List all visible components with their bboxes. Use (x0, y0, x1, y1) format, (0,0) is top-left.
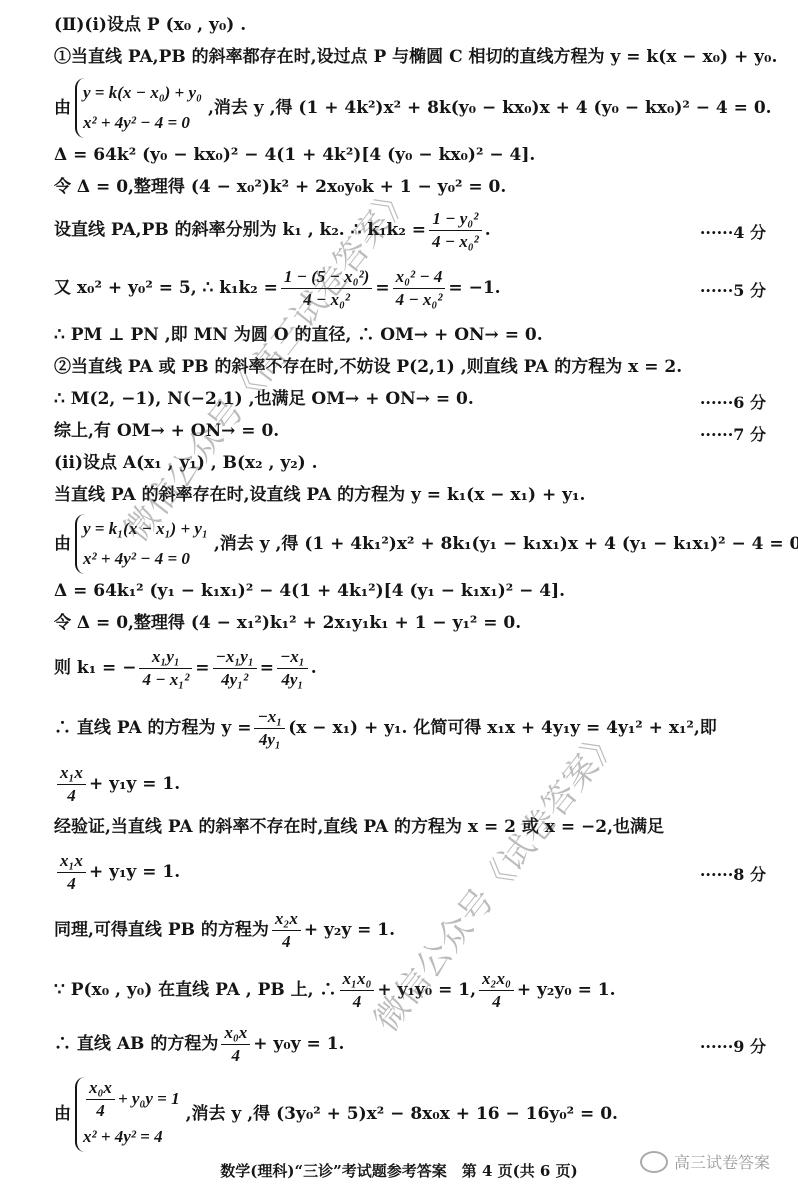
fraction: x₀² − 44 − x₀² (393, 266, 446, 311)
ab-equation-line: ∴ 直线 AB 的方程为 x₀x4 + y₀y = 1. (54, 1020, 768, 1068)
delta-zero-1: 令 Δ = 0,整理得 (4 − x₀²)k² + 2x₀y₀k + 1 − y… (54, 176, 768, 198)
score-9: ······9 分 (700, 1034, 766, 1057)
sum-line: 又 x₀² + y₀² = 5, ∴ k₁k₂ = 1 − (5 − x₀²)4… (54, 264, 768, 312)
fraction: 1 − (5 − x₀²)4 − x₀² (281, 266, 372, 311)
equation-system: y = k₁(x − x₁) + y₁ x² + 4y² − 4 = 0 (75, 514, 208, 574)
pa-slope-intro: 当直线 PA 的斜率存在时,设直线 PA 的方程为 y = k₁(x − x₁)… (54, 484, 768, 506)
pb-equation-line: 同理,可得直线 PB 的方程为 x₂x4 + y₂y = 1. (54, 906, 768, 954)
pa-result-2: x₁x4 + y₁y = 1. (54, 848, 768, 896)
system-2: 由 y = k₁(x − x₁) + y₁ x² + 4y² − 4 = 0 ,… (54, 514, 768, 574)
case1-intro: ①当直线 PA,PB 的斜率都存在时,设过点 P 与椭圆 C 相切的直线方程为 … (54, 46, 768, 68)
system-3: 由 x₀x4 + y₀y = 1 x² + 4y² = 4 ,消去 y ,得 (… (54, 1074, 768, 1154)
equation-system: y = k(x − x₀) + y₀ x² + 4y² − 4 = 0 (75, 78, 202, 138)
summary-i: 综上,有 OM→ + ON→ = 0. (54, 420, 768, 442)
score-6: ······6 分 (700, 390, 766, 413)
fraction: 1 − y₀²4 − x₀² (429, 208, 482, 253)
p-on-lines: ∵ P(x₀ , y₀) 在直线 PA , PB 上, ∴ x₁x₀4 + y₁… (54, 966, 768, 1014)
answer-page: (Ⅱ)(i)设点 P (x₀ , y₀) . ①当直线 PA,PB 的斜率都存在… (0, 0, 798, 1200)
discriminant-1: Δ = 64k² (y₀ − kx₀)² − 4(1 + 4k²)[4 (y₀ … (54, 144, 768, 166)
watermark-logo: 高三试卷答案 (640, 1150, 770, 1173)
verification-line: 经验证,当直线 PA 的斜率不存在时,直线 PA 的方程为 x = 2 或 x … (54, 816, 768, 838)
k1-line: 则 k₁ = − x₁y₁4 − x₁² = −x₁y₁4y₁² = −x₁4y… (54, 644, 768, 692)
discriminant-2: Δ = 64k₁² (y₁ − k₁x₁)² − 4(1 + 4k₁²)[4 (… (54, 580, 768, 602)
part-ii-ii-intro: (ii)设点 A(x₁ , y₁) , B(x₂ , y₂) . (54, 452, 768, 474)
score-8: ······8 分 (700, 862, 766, 885)
pa-equation-line: ∴ 直线 PA 的方程为 y = −x₁4y₁ (x − x₁) + y₁. 化… (54, 704, 768, 752)
score-5: ······5 分 (700, 278, 766, 301)
k1k2-line: 设直线 PA,PB 的斜率分别为 k₁ , k₂. ∴ k₁k₂ = 1 − y… (54, 206, 768, 254)
equation-system: x₀x4 + y₀y = 1 x² + 4y² = 4 (75, 1077, 180, 1152)
case2-points: ∴ M(2, −1), N(−2,1) ,也满足 OM→ + ON→ = 0. (54, 388, 768, 410)
perpendicular-conclusion: ∴ PM ⊥ PN ,即 MN 为圆 O 的直径, ∴ OM→ + ON→ = … (54, 324, 768, 346)
score-4: ······4 分 (700, 220, 766, 243)
pa-result: x₁x4 + y₁y = 1. (54, 760, 768, 808)
part-ii-intro: (Ⅱ)(i)设点 P (x₀ , y₀) . (54, 14, 768, 36)
delta-zero-2: 令 Δ = 0,整理得 (4 − x₁²)k₁² + 2x₁y₁k₁ + 1 −… (54, 612, 768, 634)
wechat-icon (640, 1151, 668, 1173)
score-7: ······7 分 (700, 422, 766, 445)
system-1: 由 y = k(x − x₀) + y₀ x² + 4y² − 4 = 0 ,消… (54, 78, 768, 138)
case2-intro: ②当直线 PA 或 PB 的斜率不存在时,不妨设 P(2,1) ,则直线 PA … (54, 356, 768, 378)
